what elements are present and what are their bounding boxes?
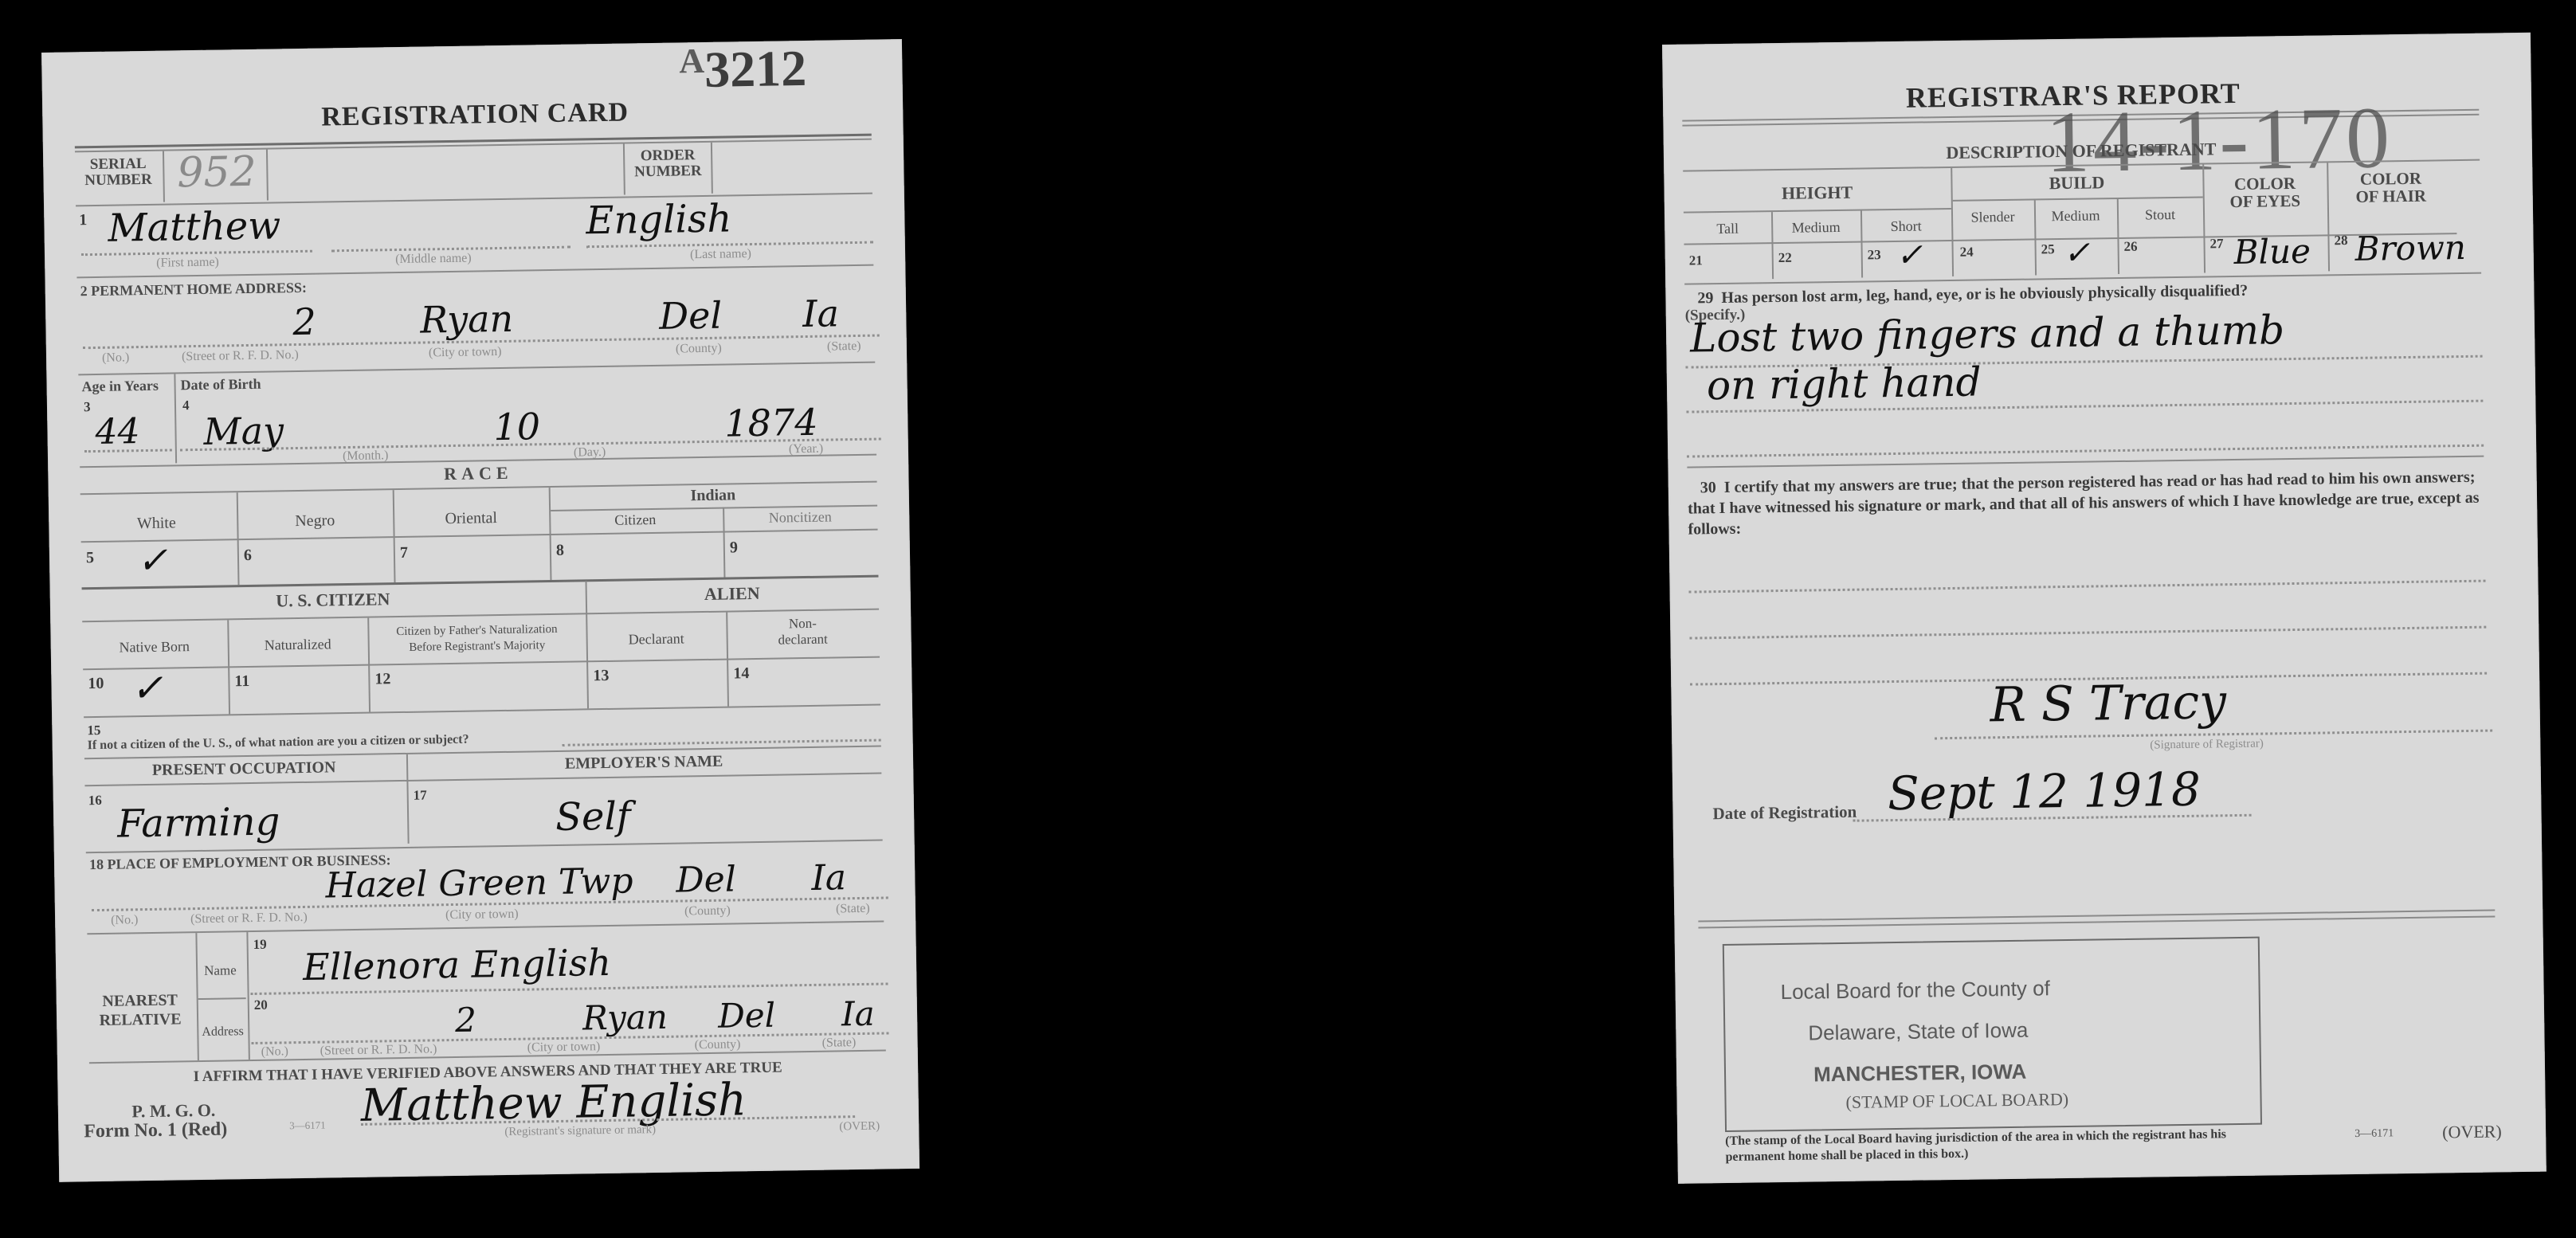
home-county-value: Del <box>659 294 723 338</box>
field-number: 28 <box>2334 233 2347 249</box>
local-board-line-3: MANCHESTER, IOWA <box>1813 1060 2027 1087</box>
naturalized-label: Naturalized <box>228 636 368 655</box>
registration-card: A3212 REGISTRATION CARD SERIAL NUMBER 95… <box>41 39 919 1182</box>
field-number: 29 <box>1697 289 1713 307</box>
over-label: (OVER) <box>2442 1121 2502 1142</box>
serial-number-label: SERIAL NUMBER <box>78 156 159 190</box>
registration-date-label: Date of Registration <box>1712 802 1857 825</box>
nearest-relative-label: NEAREST RELATIVE <box>88 990 193 1030</box>
state-caption: (State) <box>836 902 870 917</box>
field-number: 26 <box>2123 239 2137 255</box>
field-number: 23 <box>1868 247 1881 263</box>
occupation-value: Farming <box>117 799 280 846</box>
field-number: 14 <box>733 664 749 683</box>
relative-address-city-value: Ryan <box>582 997 668 1038</box>
state-caption: (State) <box>827 339 861 355</box>
serial-label-line-2: NUMBER <box>78 172 158 190</box>
field-number: 17 <box>414 788 427 804</box>
field-number: 8 <box>556 542 564 560</box>
registrars-report-card: REGISTRAR'S REPORT 14-1-170 DESCRIPTION … <box>1662 33 2547 1184</box>
field-number: 1 <box>79 211 87 229</box>
local-board-stamp-box: Local Board for the County of Delaware, … <box>1723 937 2262 1132</box>
employment-county-value: Del <box>676 859 736 900</box>
field-number: 9 <box>730 539 738 557</box>
age-value: 44 <box>95 411 140 452</box>
employment-state-value: Ia <box>811 857 846 899</box>
field-number: 20 <box>254 997 268 1013</box>
registration-date-value: Sept 12 1918 <box>1888 762 2202 821</box>
relative-name-value: Ellenora English <box>303 941 612 989</box>
over-label: (OVER) <box>839 1120 880 1134</box>
height-medium-label: Medium <box>1771 219 1860 237</box>
certification-text: 30 I certify that my answers are true; t… <box>1688 467 2485 540</box>
field-number: 11 <box>234 672 249 691</box>
alien-header: ALIEN <box>586 582 879 607</box>
field-number: 19 <box>253 937 266 953</box>
eye-color-value: Blue <box>2233 232 2311 272</box>
relative-address-county-value: Del <box>718 996 776 1036</box>
question-29-text: Has person lost arm, leg, hand, eye, or … <box>1721 282 2248 307</box>
card-title: REGISTRATION CARD <box>321 97 629 132</box>
native-born-checkmark: ✓ <box>131 666 163 711</box>
hair-color-line-2: OF HAIR <box>2327 186 2455 206</box>
field-number: 10 <box>88 675 104 693</box>
stamp-caption: (STAMP OF LOCAL BOARD) <box>1845 1089 2068 1113</box>
build-medium-label: Medium <box>2034 207 2117 225</box>
non-declarant-line-2: declarant <box>727 631 880 649</box>
build-header: BUILD <box>1951 171 2202 195</box>
birth-date-label: Date of Birth <box>180 376 261 394</box>
fathers-naturalization-label: Citizen by Father's Naturalization Befor… <box>367 621 586 656</box>
signature-caption: (Registrant's signature or mark) <box>504 1123 656 1139</box>
nearest-relative-line-1: NEAREST <box>88 990 192 1011</box>
relative-name-label: Name <box>204 962 237 979</box>
print-code: 3—6171 <box>2354 1127 2394 1141</box>
native-born-label: Native Born <box>83 637 226 656</box>
hair-color-line-1: COLOR <box>2327 169 2454 188</box>
declarant-label: Declarant <box>586 630 727 649</box>
field-number: 12 <box>374 670 390 688</box>
race-oriental-label: Oriental <box>393 508 549 529</box>
print-code: 3—6171 <box>289 1119 326 1133</box>
field-number: 4 <box>182 398 190 413</box>
serial-number-value: 952 <box>177 148 257 198</box>
us-citizen-header: U. S. CITIZEN <box>82 586 584 614</box>
hair-color-value: Brown <box>2354 228 2466 268</box>
field-number: 6 <box>244 547 252 565</box>
stamp-digits: 3212 <box>704 40 807 98</box>
build-slender-label: Slender <box>1951 209 2034 226</box>
no-caption: (No.) <box>102 351 129 366</box>
first-name-value: Matthew <box>108 203 281 250</box>
form-number: Form No. 1 (Red) <box>84 1119 227 1143</box>
occupation-header: PRESENT OCCUPATION <box>84 758 403 781</box>
eye-color-header: COLOR OF EYES <box>2202 174 2327 210</box>
race-white-label: White <box>80 513 232 534</box>
stamp-prefix: A <box>679 41 705 80</box>
no-caption: (No.) <box>111 913 138 928</box>
age-label: Age in Years <box>81 378 159 396</box>
home-state-value: Ia <box>802 292 839 335</box>
city-caption: (City or town) <box>429 345 502 360</box>
relative-address-state-value: Ia <box>841 994 875 1034</box>
field-number: 7 <box>400 544 408 562</box>
height-short-checkmark: ✓ <box>1896 237 1923 273</box>
height-header: HEIGHT <box>1683 181 1951 206</box>
local-board-line-2: Delaware, State of Iowa <box>1808 1018 2028 1046</box>
field-number: 24 <box>1960 245 1974 261</box>
certification-body: I certify that my answers are true; that… <box>1688 468 2480 539</box>
nation-question: If not a citizen of the U. S., of what n… <box>88 733 469 754</box>
build-stout-label: Stout <box>2117 206 2203 225</box>
relative-address-label: Address <box>202 1024 244 1040</box>
physical-disqualification-answer-line-2: on right hand <box>1707 358 1982 409</box>
home-address-label: 2 PERMANENT HOME ADDRESS: <box>80 280 307 300</box>
race-indian-citizen-label: Citizen <box>549 511 721 530</box>
height-tall-label: Tall <box>1684 220 1771 238</box>
eye-color-line-1: COLOR <box>2202 174 2327 193</box>
question-29: 29 Has person lost arm, leg, hand, eye, … <box>1697 280 2248 309</box>
race-indian-noncitizen-label: Noncitizen <box>723 508 877 527</box>
home-city-value: Ryan <box>420 297 514 342</box>
field-number: 16 <box>88 793 102 809</box>
last-name-value: English <box>586 196 732 243</box>
stamp-instructions: (The stamp of the Local Board having jur… <box>1725 1126 2275 1166</box>
build-medium-checkmark: ✓ <box>2063 235 2090 272</box>
employment-city-value: Hazel Green Twp <box>325 860 633 906</box>
birth-day-value: 10 <box>493 405 540 449</box>
street-caption: (Street or R. F. D. No.) <box>190 911 308 927</box>
employer-header: EMPLOYER'S NAME <box>406 750 881 776</box>
field-number: 22 <box>1778 250 1792 266</box>
field-number: 5 <box>86 549 94 567</box>
county-caption: (County) <box>684 904 731 919</box>
race-negro-label: Negro <box>237 511 393 531</box>
nearest-relative-line-2: RELATIVE <box>88 1009 192 1030</box>
city-caption: (City or town) <box>445 907 519 923</box>
field-number: 15 <box>87 723 100 738</box>
employer-value: Self <box>555 794 631 840</box>
county-caption: (County) <box>676 342 722 357</box>
local-board-line-1: Local Board for the County of <box>1780 976 2050 1005</box>
no-caption: (No.) <box>261 1044 288 1060</box>
hair-color-header: COLOR OF HAIR <box>2327 169 2455 206</box>
field-number: 3 <box>84 399 91 415</box>
relative-address-no-value: 2 <box>455 1001 477 1040</box>
registrar-signature: R S Tracy <box>1990 674 2226 733</box>
order-number-label: ORDER NUMBER <box>628 147 708 181</box>
physical-disqualification-answer-line-1: Lost two fingers and a thumb <box>1690 307 2285 361</box>
field-number: 27 <box>2209 236 2223 252</box>
order-label-line-2: NUMBER <box>628 163 708 181</box>
registrar-signature-caption: (Signature of Registrar) <box>2150 738 2264 753</box>
county-caption: (County) <box>695 1037 741 1052</box>
city-caption: (City or town) <box>527 1040 601 1055</box>
first-name-caption: (First name) <box>156 256 219 271</box>
field-number: 13 <box>593 667 609 685</box>
middle-name-caption: (Middle name) <box>395 252 472 267</box>
height-short-label: Short <box>1860 217 1951 236</box>
street-caption: (Street or R. F. D. No.) <box>320 1042 437 1058</box>
field-number: 21 <box>1689 253 1703 268</box>
card-stamp-number: A3212 <box>679 39 807 100</box>
home-street-value: 2 <box>292 300 316 343</box>
field-number: 30 <box>1700 479 1716 496</box>
state-caption: (State) <box>822 1036 857 1051</box>
field-number: 25 <box>2041 241 2055 257</box>
non-declarant-label: Non- declarant <box>726 615 880 649</box>
eye-color-line-2: OF EYES <box>2203 191 2327 210</box>
street-caption: (Street or R. F. D. No.) <box>182 348 299 364</box>
race-indian-label: Indian <box>549 484 877 507</box>
race-white-checkmark: ✓ <box>137 539 168 582</box>
last-name-caption: (Last name) <box>690 247 751 262</box>
